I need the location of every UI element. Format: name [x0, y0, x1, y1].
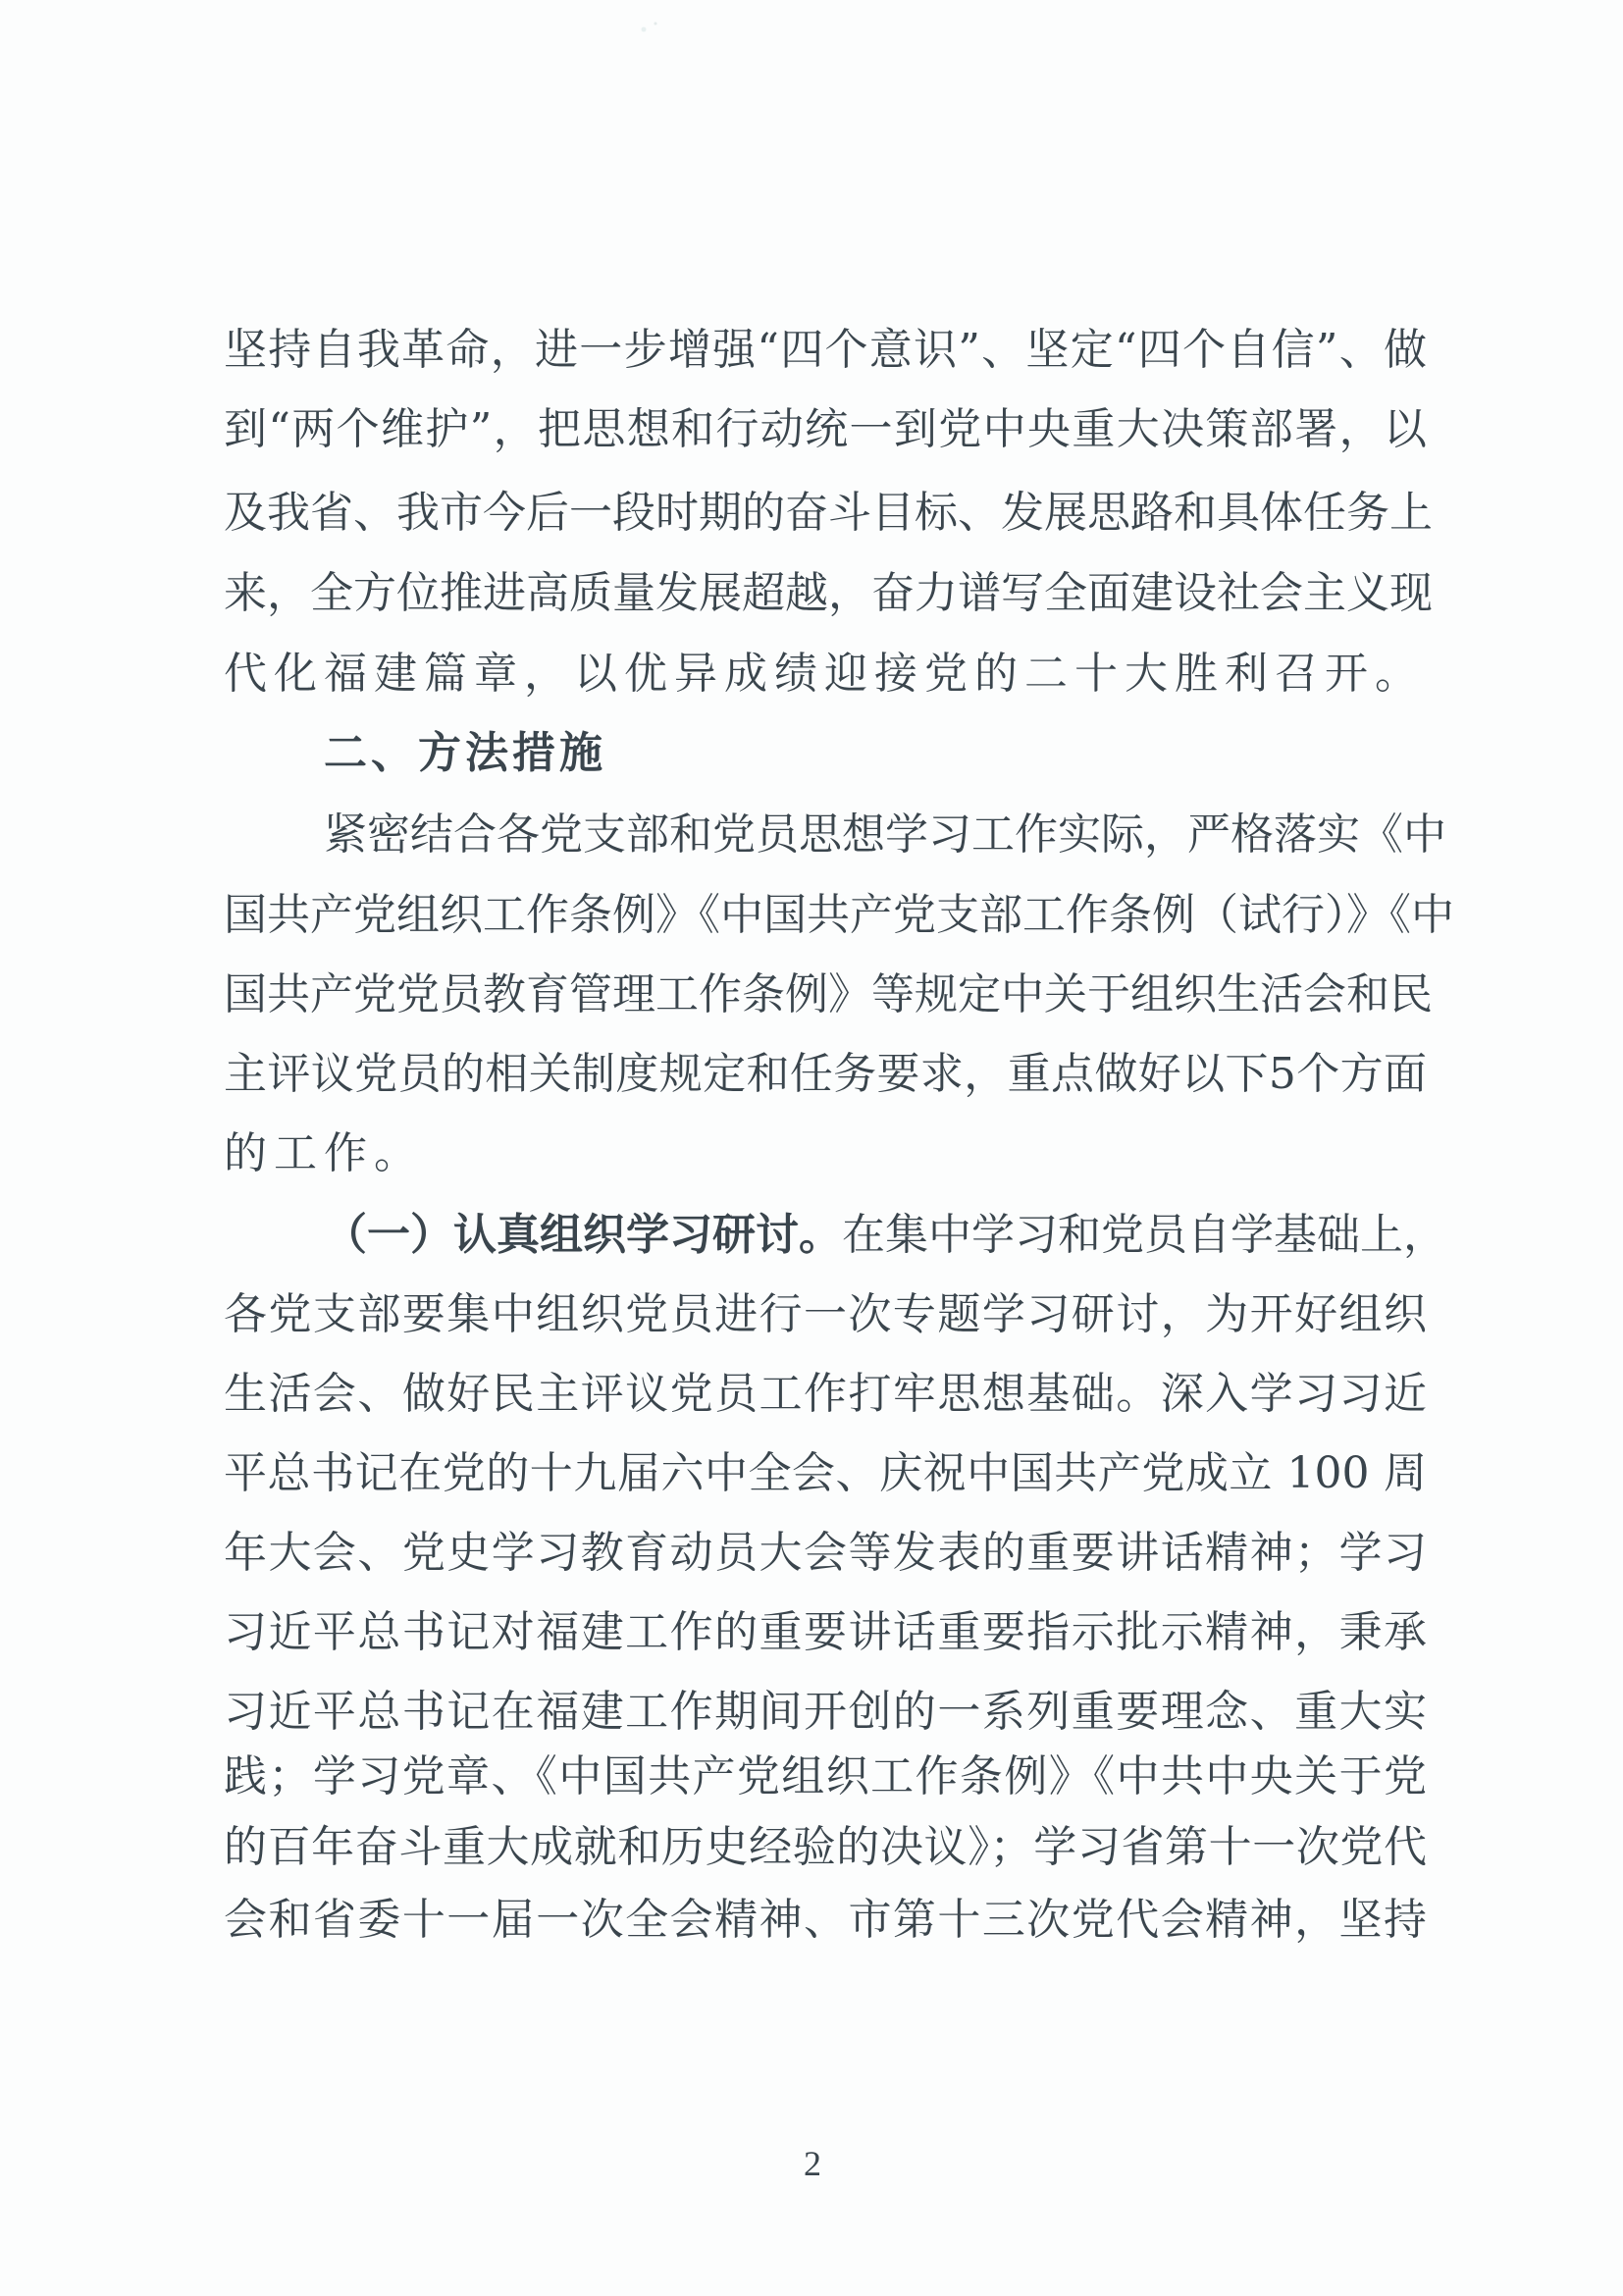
- subsection-line: 习近平总书记对福建工作的重要讲话重要指示批示精神，秉承: [224, 1593, 1427, 1672]
- paragraph-line: 紧密结合各党支部和党员思想学习工作实际，严格落实《中: [324, 796, 1427, 874]
- body-line: 来，全方位推进高质量发展超越，奋力谱写全面建设社会主义现: [224, 554, 1427, 633]
- body-line: 到“两个维护”，把思想和行动统一到党中央重大决策部署，以: [224, 391, 1427, 469]
- paragraph-line: 国共产党组织工作条例》《中国共产党支部工作条例（试行）》《中: [224, 876, 1427, 955]
- paragraph-line: 国共产党党员教育管理工作条例》等规定中关于组织生活会和民: [224, 956, 1427, 1034]
- section-heading: 二、方法措施: [324, 714, 1427, 793]
- subsection-line: 平总书记在党的十九届六中全会、庆祝中国共产党成立 100 周: [224, 1435, 1427, 1513]
- document-page: 坚持自我革命，进一步增强“四个意识”、坚定“四个自信”、做 到“两个维护”，把思…: [0, 0, 1623, 2296]
- paragraph-line: 主评议党员的相关制度规定和任务要求，重点做好以下5个方面: [224, 1035, 1427, 1114]
- subsection-line: 会和省委十一届一次全会精神、市第十三次党代会精神，坚持: [224, 1881, 1427, 1959]
- subsection-line: 各党支部要集中组织党员进行一次专题学习研讨，为开好组织: [224, 1276, 1427, 1354]
- subsection-title: （一）认真组织学习研讨。: [324, 1210, 842, 1260]
- subsection-line: 践；学习党章、《中国共产党组织工作条例》《中共中央关于党: [224, 1738, 1427, 1816]
- page-number: 2: [785, 2139, 840, 2188]
- subsection-text: 在集中学习和党员自学基础上，: [842, 1210, 1446, 1260]
- subsection-first-line: （一）认真组织学习研讨。在集中学习和党员自学基础上，: [324, 1196, 1427, 1275]
- subsection-line: 生活会、做好民主评议党员工作打牢思想基础。深入学习习近: [224, 1355, 1427, 1434]
- subsection-line: 的百年奋斗重大成就和历史经验的决议》；学习省第十一次党代: [224, 1808, 1427, 1887]
- scan-artifact: [628, 15, 667, 44]
- subsection-line: 年大会、党史学习教育动员大会等发表的重要讲话精神；学习: [224, 1514, 1427, 1592]
- body-line: 及我省、我市今后一段时期的奋斗目标、发展思路和具体任务上: [224, 474, 1427, 552]
- body-line: 代化福建篇章，以优异成绩迎接党的二十大胜利召开。: [224, 635, 1427, 713]
- body-line: 坚持自我革命，进一步增强“四个意识”、坚定“四个自信”、做: [224, 311, 1427, 390]
- paragraph-line: 的工作。: [224, 1115, 1427, 1193]
